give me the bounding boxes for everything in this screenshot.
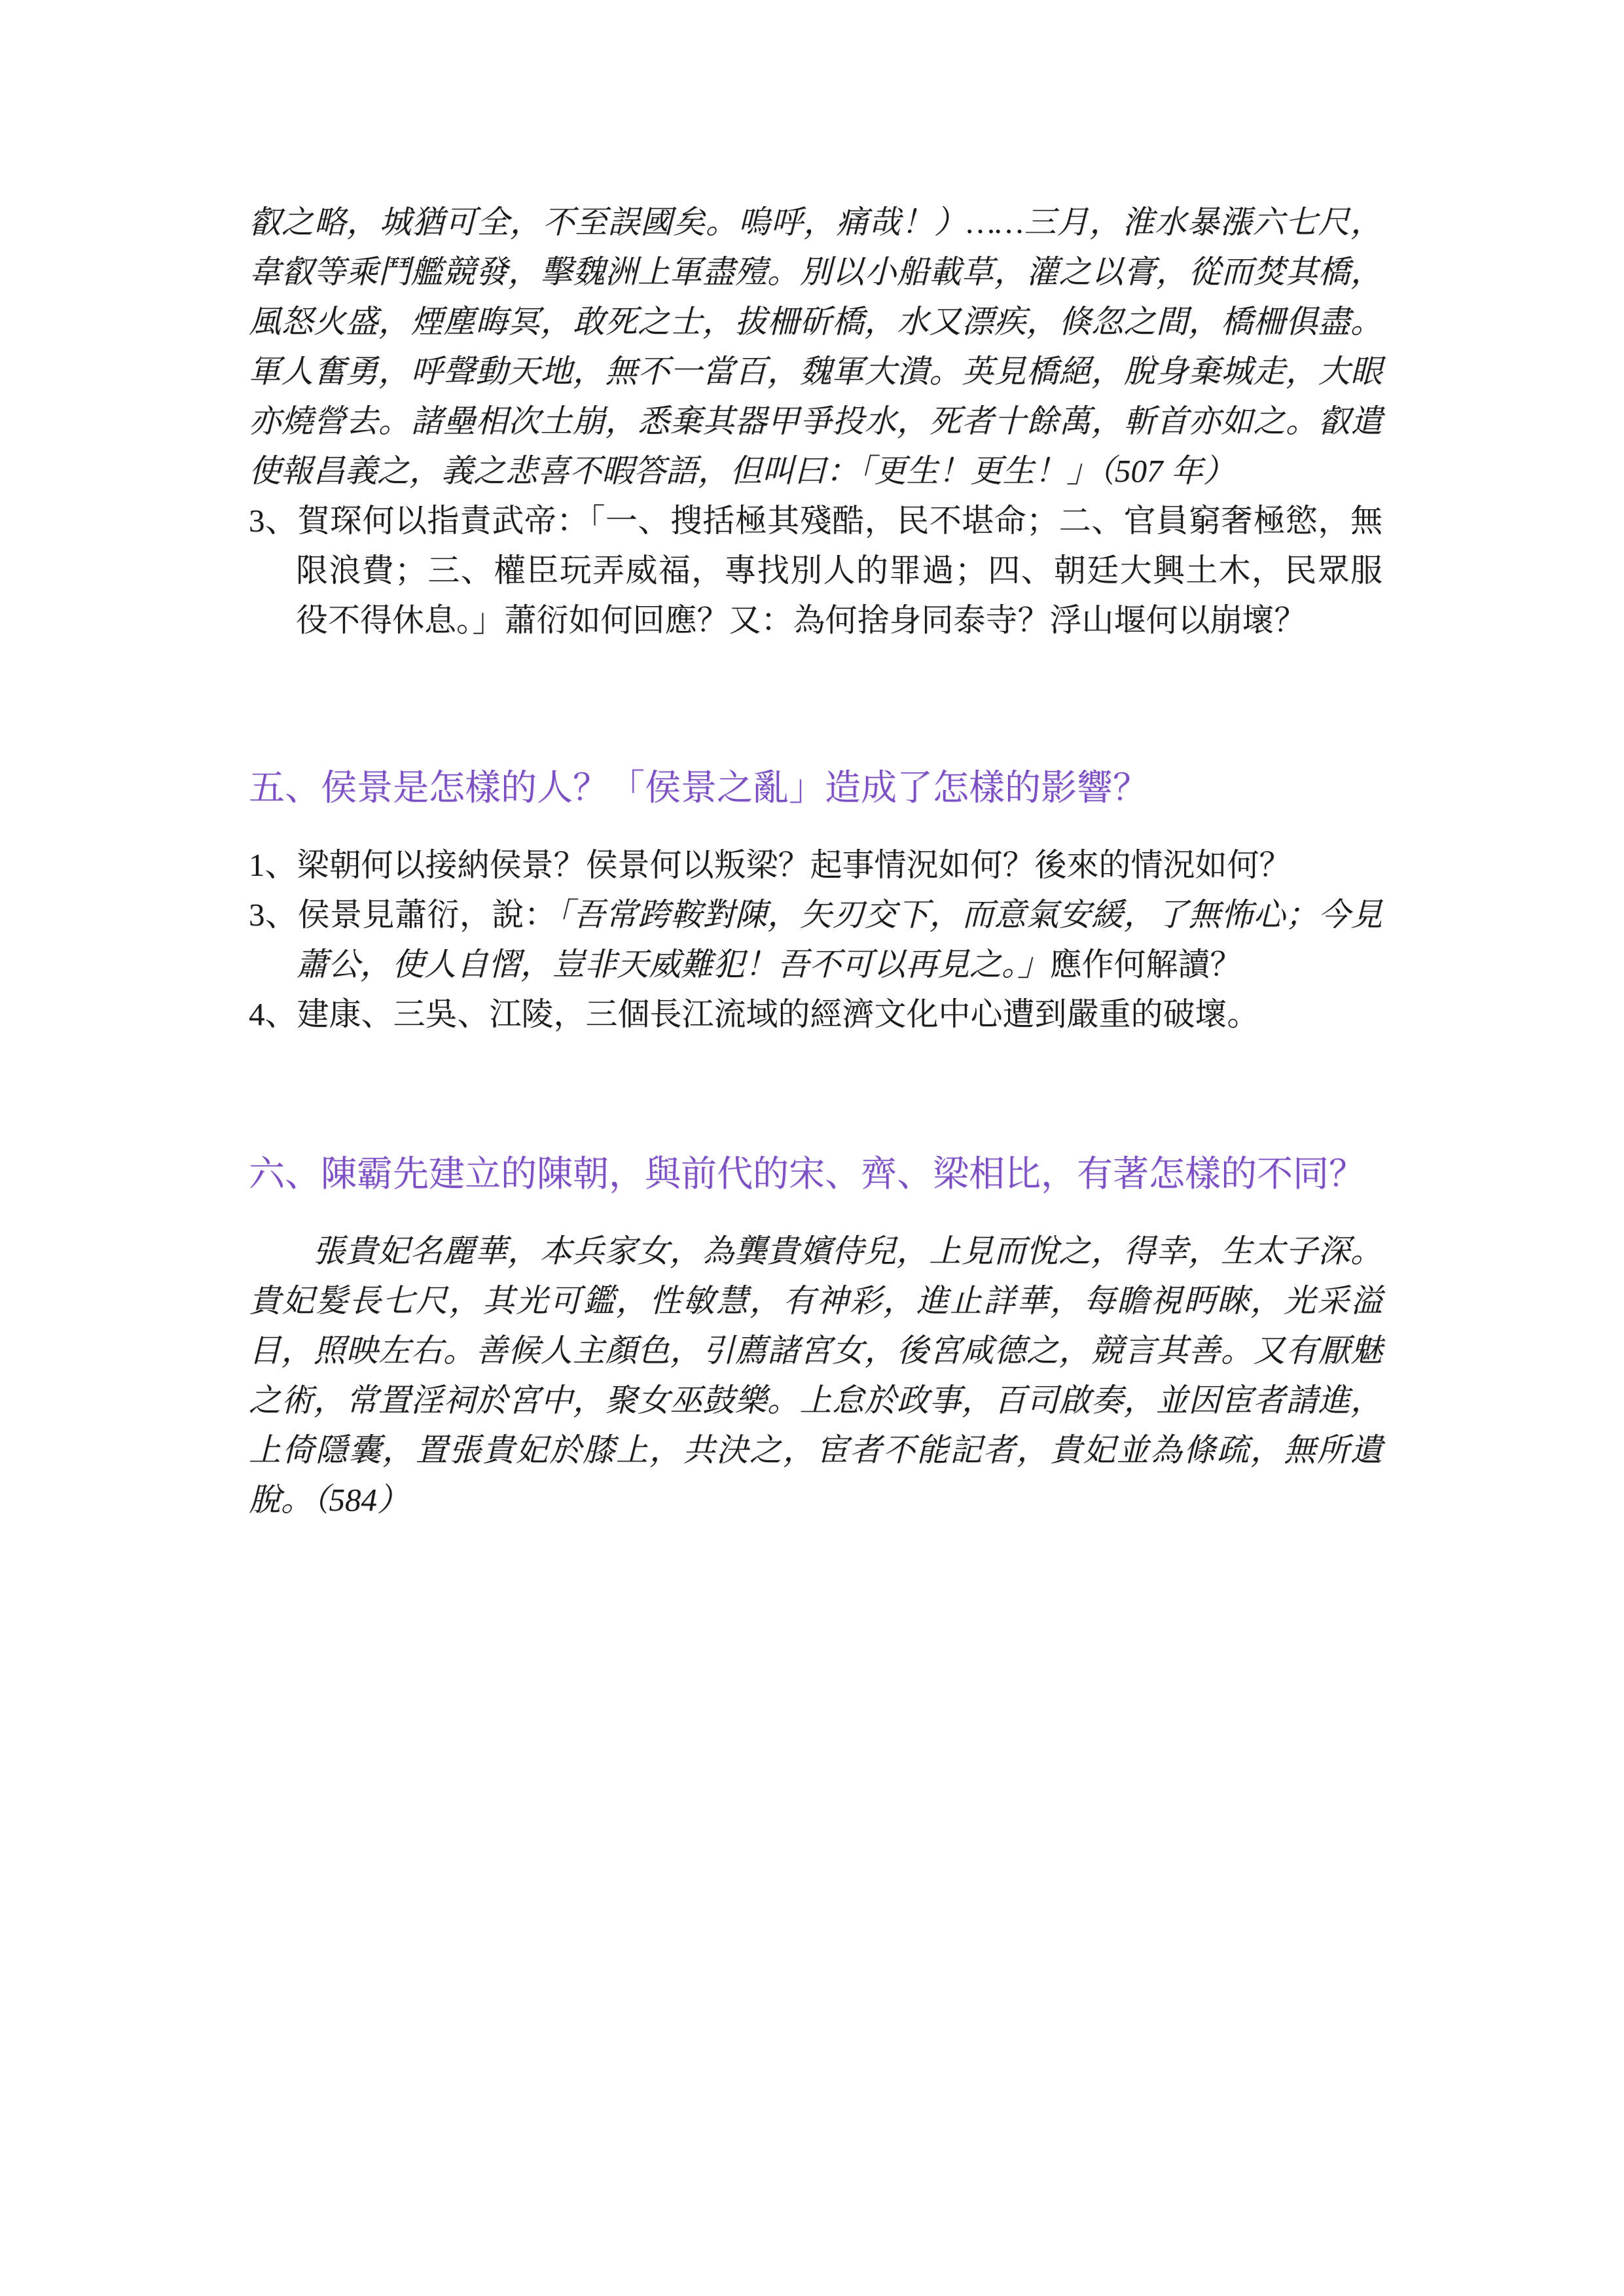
item-number: 1、: [249, 847, 297, 883]
item-text: 梁朝何以接納侯景？侯景何以叛梁？起事情況如何？後來的情況如何？: [297, 847, 1291, 883]
item-lead-text: 侯景見蕭衍，說：: [297, 897, 556, 933]
section-six-heading: 六、陳霸先建立的陳朝，與前代的宋、齊、梁相比，有著怎樣的不同？: [249, 1148, 1382, 1200]
section-five-heading: 五、侯景是怎樣的人？「侯景之亂」造成了怎樣的影響？: [249, 762, 1382, 814]
item-number: 4、: [249, 996, 297, 1032]
item-number: 3、: [249, 897, 297, 933]
item-text: 建康、三吳、江陵，三個長江流域的經濟文化中心遭到嚴重的破壞。: [297, 996, 1259, 1032]
item-tail-text: 應作何解讀？: [1050, 946, 1242, 982]
question-item-3: 3、賀琛何以指責武帝：「一、搜括極其殘酷，民不堪命；二、官員窮奢極慾，無限浪費；…: [249, 496, 1382, 645]
item-number: 3、: [249, 503, 297, 539]
document-page: 叡之略，城猶可全，不至誤國矣。嗚呼，痛哉！）……三月，淮水暴漲六七尺，韋叡等乘鬥…: [0, 0, 1624, 2296]
classical-quote-paragraph: 叡之略，城猶可全，不至誤國矣。嗚呼，痛哉！）……三月，淮水暴漲六七尺，韋叡等乘鬥…: [249, 198, 1382, 496]
classical-source-paragraph: 張貴妃名麗華，本兵家女，為龔貴嬪侍兒，上見而悅之，得幸，生太子深。貴妃髮長七尺，…: [249, 1227, 1382, 1525]
page-content: 叡之略，城猶可全，不至誤國矣。嗚呼，痛哉！）……三月，淮水暴漲六七尺，韋叡等乘鬥…: [249, 198, 1382, 1525]
question-item-1: 1、梁朝何以接納侯景？侯景何以叛梁？起事情況如何？後來的情況如何？: [249, 840, 1382, 890]
item-tail-text: 蕭衍如何回應？又：為何捨身同泰寺？浮山堰何以崩壞？: [505, 602, 1307, 638]
question-item-3b: 3、侯景見蕭衍，說：「吾常跨鞍對陳，矢刃交下，而意氣安緩，了無怖心；今見蕭公，使…: [249, 890, 1382, 990]
item-lead-text: 賀琛何以指責武帝：: [297, 503, 588, 539]
section-five-items: 1、梁朝何以接納侯景？侯景何以叛梁？起事情況如何？後來的情況如何？ 3、侯景見蕭…: [249, 840, 1382, 1039]
question-item-4: 4、建康、三吳、江陵，三個長江流域的經濟文化中心遭到嚴重的破壞。: [249, 990, 1382, 1039]
